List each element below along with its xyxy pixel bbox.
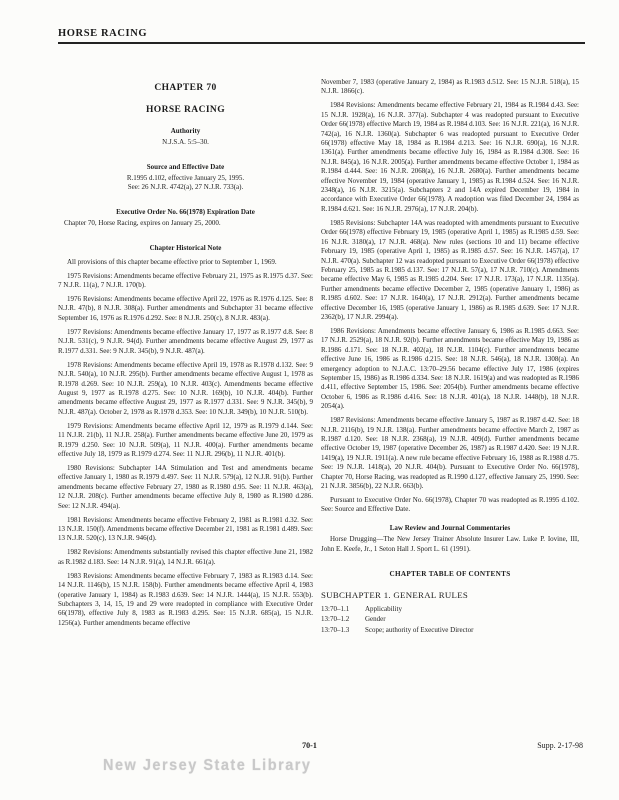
historical-paragraph: 1983 Revisions: Amendments became effect… (58, 572, 313, 628)
historical-paragraph: 1984 Revisions: Amendments became effect… (321, 101, 579, 214)
toc-entry-title: Scope; authority of Executive Director (365, 626, 579, 635)
historical-paragraph-continued: November 7, 1983 (operative January 2, 1… (321, 78, 579, 97)
running-header: HORSE RACING (58, 28, 585, 44)
supplement-date: Supp. 2-17-98 (537, 741, 583, 750)
toc-heading: CHAPTER TABLE OF CONTENTS (321, 570, 579, 579)
document-page: HORSE RACING CHAPTER 70 HORSE RACING Aut… (0, 0, 619, 800)
historical-paragraph: Pursuant to Executive Order No. 66(1978)… (321, 496, 579, 515)
historical-paragraph: 1987 Revisions: Amendments became effect… (321, 416, 579, 491)
historical-paragraph: 1986 Revisions: Amendments became effect… (321, 327, 579, 412)
chapter-number: CHAPTER 70 (58, 84, 313, 93)
historical-paragraph: 1981 Revisions: Amendments became effect… (58, 516, 313, 544)
toc-entry: 13:70–1.3 Scope; authority of Executive … (321, 626, 579, 635)
historical-paragraph: 1979 Revisions: Amendments became effect… (58, 422, 313, 460)
source-heading: Source and Effective Date (58, 163, 313, 172)
toc-entry-title: Applicability (365, 605, 579, 614)
toc-entry-title: Gender (365, 615, 579, 624)
subchapter-heading: SUBCHAPTER 1. GENERAL RULES (321, 591, 579, 600)
historical-paragraph: 1982 Revisions: Amendments substantially… (58, 548, 313, 567)
toc-entry-number: 13:70–1.3 (321, 626, 365, 635)
historical-paragraph: 1975 Revisions: Amendments became effect… (58, 272, 313, 291)
toc-entry: 13:70–1.2 Gender (321, 615, 579, 624)
toc-entry-number: 13:70–1.2 (321, 615, 365, 624)
historical-paragraph: 1976 Revisions: Amendments became effect… (58, 295, 313, 323)
historical-paragraph: 1977 Revisions: Amendments became effect… (58, 328, 313, 356)
historical-paragraph: 1978 Revisions: Amendments became effect… (58, 361, 313, 417)
exec-order-heading: Executive Order No. 66(1978) Expiration … (58, 208, 313, 217)
law-review-text: Horse Drugging—The New Jersey Trainer Ab… (321, 535, 579, 554)
historical-paragraph: 1985 Revisions: Subchapter 14A was reado… (321, 219, 579, 322)
authority-heading: Authority (58, 127, 313, 136)
toc-entry: 13:70–1.1 Applicability (321, 605, 579, 614)
left-column: CHAPTER 70 HORSE RACING Authority N.J.S.… (58, 78, 313, 628)
historical-note-heading: Chapter Historical Note (58, 244, 313, 253)
historical-paragraph: All provisions of this chapter became ef… (58, 258, 313, 267)
chapter-title: HORSE RACING (58, 106, 313, 115)
toc-list: 13:70–1.1 Applicability 13:70–1.2 Gender… (321, 605, 579, 636)
law-review-heading: Law Review and Journal Commentaries (321, 524, 579, 533)
source-line-2: See: 26 N.J.R. 4742(a), 27 N.J.R. 733(a)… (58, 183, 313, 192)
historical-paragraph: 1980 Revisions: Subchapter 14A Stimulati… (58, 464, 313, 511)
running-header-title: HORSE RACING (58, 28, 585, 39)
page-number: 70-1 (0, 741, 619, 750)
authority-citation: N.J.S.A. 5:5–30. (58, 138, 313, 147)
right-column: November 7, 1983 (operative January 2, 1… (321, 78, 579, 637)
exec-order-text: Chapter 70, Horse Racing, expires on Jan… (58, 219, 313, 228)
library-stamp: New Jersey State Library (103, 758, 311, 775)
header-rule (58, 42, 585, 44)
source-line-1: R.1995 d.102, effective January 25, 1995… (58, 174, 313, 183)
toc-entry-number: 13:70–1.1 (321, 605, 365, 614)
